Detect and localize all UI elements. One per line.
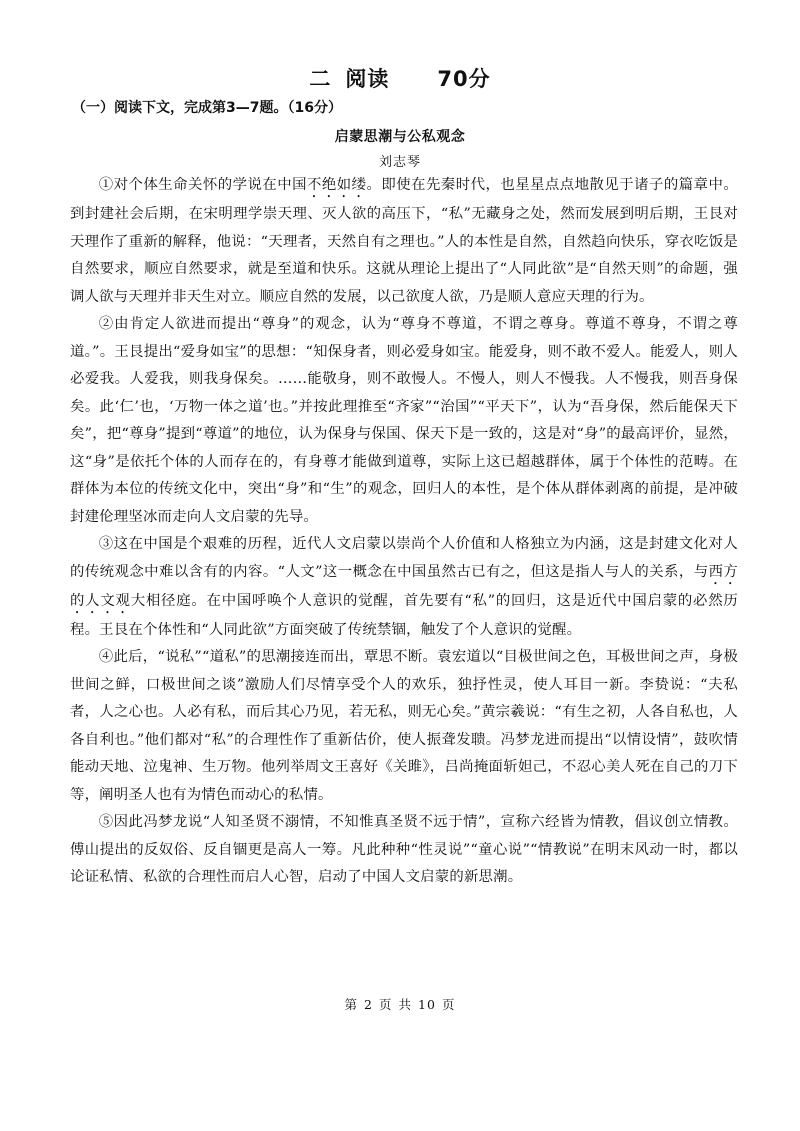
paragraph-4: ④此后，“说私”“道私”的思潮接连而出，覃思不断。袁宏道以“目极世间之色，耳极世… [70, 644, 738, 809]
article-body: ①对个体生命关怀的学说在中国不绝如缕。即使在先秦时代，也星星点点地散见于诸子的篇… [70, 172, 738, 892]
paragraph-5: ⑤因此冯梦龙说“人知圣贤不溺情，不知惟真圣贤不远于情”，宣称六经皆为情教，倡议创… [70, 809, 738, 892]
emphasized-phrase: 不绝如缕 [307, 177, 366, 193]
paragraph-text: ②由肯定人欲进而提出“尊身”的观念，认为“尊身不尊道，不谓之尊身。尊道不尊身，不… [70, 316, 738, 525]
paragraph-text: ④此后，“说私”“道私”的思潮接连而出，覃思不断。袁宏道以“目极世间之色，耳极世… [70, 649, 738, 803]
paragraph-text: 。即使在先秦时代，也星星点点地散见于诸子的篇章中。到封建社会后期，在宋明理学崇天… [70, 177, 738, 305]
article-author: 刘志琴 [0, 151, 800, 170]
paragraph-3: ③这在中国是个艰难的历程，近代人文启蒙以崇尚个人价值和人格独立为内涵，这是封建文… [70, 531, 738, 644]
question-instruction: （一）阅读下文，完成第3—7题。（16分） [72, 97, 342, 117]
article-title: 启蒙思潮与公私观念 [0, 126, 800, 146]
paragraph-text: ⑤因此冯梦龙说“人知圣贤不溺情，不知惟真圣贤不远于情”，宣称六经皆为情教，倡议创… [70, 814, 738, 885]
section-score: 70分 [437, 67, 490, 91]
paragraph-1: ①对个体生命关怀的学说在中国不绝如缕。即使在先秦时代，也星星点点地散见于诸子的篇… [70, 172, 738, 311]
section-number: 二 [309, 67, 331, 91]
exam-page: 二阅读70分 （一）阅读下文，完成第3—7题。（16分） 启蒙思潮与公私观念 刘… [0, 0, 800, 1131]
current-page-number: 2 [364, 997, 373, 1012]
paragraph-text: ①对个体生命关怀的学说在中国 [99, 177, 307, 193]
total-pages: 10 [418, 997, 436, 1012]
section-heading: 二阅读70分 [0, 63, 800, 93]
footer-text: 页 [379, 997, 393, 1012]
paragraph-text: 大相径庭。在中国呼唤个人意识的觉醒，首先要有“私”的回归，这是近代中国启蒙的必然… [70, 593, 738, 638]
footer-text: 共 [399, 997, 413, 1012]
paragraph-2: ②由肯定人欲进而提出“尊身”的观念，认为“尊身不尊道，不谓之尊身。尊道不尊身，不… [70, 311, 738, 531]
paragraph-text: ③这在中国是个艰难的历程，近代人文启蒙以崇尚个人价值和人格独立为内涵，这是封建文… [70, 536, 738, 580]
footer-text: 页 [442, 997, 456, 1012]
page-footer: 第2页共10页 [0, 995, 800, 1013]
section-name: 阅读 [345, 67, 389, 91]
footer-text: 第 [345, 997, 359, 1012]
